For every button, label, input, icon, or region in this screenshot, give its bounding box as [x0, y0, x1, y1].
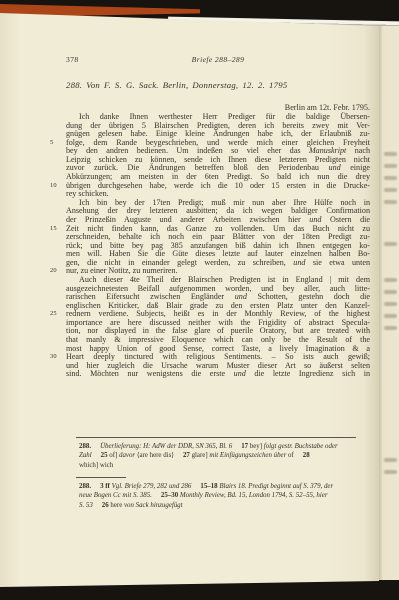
- facing-page-sliver: [376, 26, 399, 580]
- footnote-text: folgt gestr. Buchstabe oder: [264, 443, 338, 450]
- ghost-text-line: [384, 314, 397, 318]
- ghost-text-line: [384, 200, 397, 204]
- book-photo: { "colors":{"page_cream":"#f1ecd6","cove…: [0, 0, 399, 600]
- footnote-text: 28: [303, 452, 310, 459]
- commentary-line: neue Bogen Cc mit S. 385.25–30 Monthly R…: [79, 491, 361, 500]
- footnote-text: 25–30: [161, 492, 178, 499]
- commentary-line: 288.3 ff Vgl. Briefe 279, 282 und 28615–…: [79, 482, 361, 491]
- letter-heading: 288. Von F. S. G. Sack. Berlin, Donnerst…: [66, 80, 370, 90]
- footnote-text: Monthly Review, Bd. 15, London 1794, S. …: [180, 492, 328, 499]
- footnote-text: of]: [108, 452, 119, 459]
- letter-line-text: übrigen durchgesehen habe, werde ich die…: [66, 181, 370, 190]
- ghost-text-line: [384, 326, 397, 330]
- footnote-text: Blairs 18. Predigt beginnt auf S. 379, d…: [219, 483, 333, 490]
- commentary-notes: 288.3 ff Vgl. Briefe 279, 282 und 28615–…: [79, 482, 361, 510]
- ghost-text-line: [384, 278, 397, 282]
- footnote-text: 288.: [79, 443, 91, 450]
- line-number: 25: [50, 310, 57, 319]
- letter-body: Ich danke Ihnen werthester Herr Prediger…: [66, 113, 370, 379]
- apparatus-separator-rule: [76, 437, 356, 438]
- ghost-text-line: [384, 152, 397, 156]
- footnote-text: davor: [119, 452, 135, 459]
- footnote-text: 25: [101, 452, 108, 459]
- footnote-text: here: [109, 502, 124, 509]
- ghost-text-line: [384, 188, 397, 192]
- letter-dateline: Berlin am 12t. Febr. 1795.: [66, 103, 370, 112]
- line-number: 5: [50, 139, 53, 148]
- apparatus-line: Zahl25 of] davor ⟨are here dis⟩27 glare]…: [79, 451, 361, 460]
- footnote-text: von Sack hinzugefügt: [124, 502, 183, 509]
- footnote-text: 15–18: [200, 483, 217, 490]
- ghost-text-line: [384, 176, 397, 180]
- page-number: 378: [66, 55, 79, 64]
- footnote-text: 288.: [79, 483, 91, 490]
- running-head: Briefe 288–289: [66, 55, 370, 64]
- footnote-text: ⟨are here dis⟩: [135, 452, 174, 459]
- page-surface: 378 Briefe 288–289 288. Von F. S. G. Sac…: [0, 0, 379, 600]
- footnote-text: bey]: [248, 443, 264, 450]
- ghost-text-line: [384, 302, 397, 306]
- commentary-separator-rule: [76, 477, 126, 478]
- line-number: 15: [50, 225, 57, 234]
- footnote-text: S. 53: [79, 502, 93, 509]
- letter-line-text: sind. Möchten nur wenigstens die erste u…: [66, 369, 370, 378]
- letter-line: sind. Möchten nur wenigstens die erste u…: [66, 370, 370, 379]
- footnote-text: Überlieferung: H: AdW der DDR, SN 365, B…: [100, 443, 232, 450]
- line-number: 10: [50, 182, 57, 191]
- ghost-text-line: [384, 458, 397, 462]
- ghost-text-line: [384, 242, 397, 246]
- line-number: 20: [50, 267, 57, 276]
- footnote-text: Vgl. Briefe 279, 282 und 286: [112, 483, 192, 490]
- ghost-text-line: [384, 470, 397, 474]
- ghost-text-line: [384, 290, 397, 294]
- ghost-text-line: [384, 164, 397, 168]
- line-number: 30: [50, 353, 57, 362]
- footnote-text: Zahl: [79, 452, 92, 459]
- footnote-text: of: [286, 452, 293, 459]
- footnote-text: 27: [183, 452, 190, 459]
- footnote-text: glare]: [190, 452, 210, 459]
- footnote-text: which] wich: [79, 462, 113, 469]
- footnote-text: mit Einfügungszeichen über: [209, 452, 286, 459]
- footnote-text: 3 ff: [100, 483, 110, 490]
- textual-apparatus: 288.Überlieferung: H: AdW der DDR, SN 36…: [79, 442, 361, 470]
- footnote-text: 26: [102, 502, 109, 509]
- apparatus-line: 288.Überlieferung: H: AdW der DDR, SN 36…: [79, 442, 361, 451]
- letter-line: 10übrigen durchgesehen habe, werde ich d…: [66, 182, 370, 191]
- commentary-line: S. 5326 here von Sack hinzugefügt: [79, 501, 361, 510]
- running-head-row: 378 Briefe 288–289: [66, 55, 370, 64]
- apparatus-line: which] wich: [79, 461, 361, 470]
- footnote-text: neue Bogen Cc mit S. 385.: [79, 492, 152, 499]
